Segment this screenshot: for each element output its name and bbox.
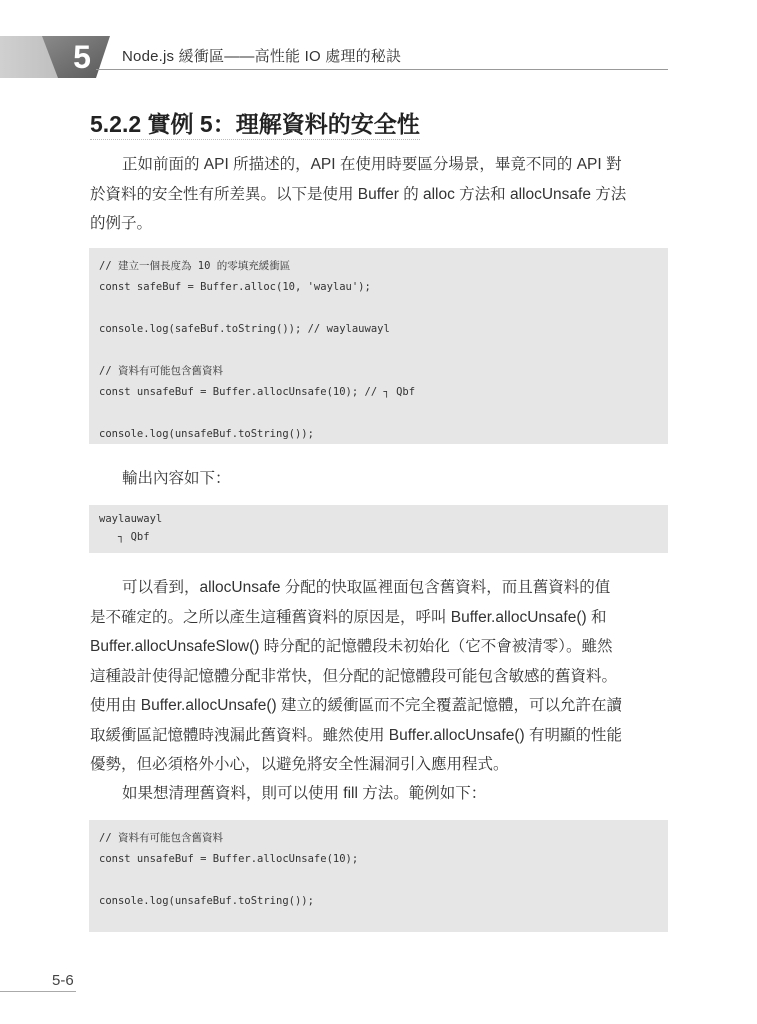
code-line: // 資料有可能包含舊資料 <box>99 828 668 849</box>
chapter-title: Node.js 緩衝區——高性能 IO 處理的秘訣 <box>122 45 401 66</box>
code-line: console.log(unsafeBuf.toString()); <box>99 424 668 445</box>
paragraph-line: 可以看到，allocUnsafe 分配的快取區裡面包含舊資料，而且舊資料的值 <box>90 573 668 603</box>
code-block-alloc-example: // 建立一個長度為 10 的零填充緩衝區 const safeBuf = Bu… <box>89 248 668 444</box>
paragraph-explanation: 可以看到，allocUnsafe 分配的快取區裡面包含舊資料，而且舊資料的值 是… <box>90 573 668 780</box>
code-line: const unsafeBuf = Buffer.allocUnsafe(10)… <box>99 382 668 403</box>
paragraph-line: 輸出內容如下： <box>90 464 668 494</box>
code-line: const unsafeBuf = Buffer.allocUnsafe(10)… <box>99 849 668 870</box>
code-line: // 建立一個長度為 10 的零填充緩衝區 <box>99 256 668 277</box>
paragraph-intro: 正如前面的 API 所描述的，API 在使用時要區分場景，畢竟不同的 API 對… <box>90 150 668 239</box>
code-line <box>99 403 668 424</box>
paragraph-line: 於資料的安全性有所差異。以下是使用 Buffer 的 alloc 方法和 all… <box>90 180 668 210</box>
paragraph-line: 是不確定的。之所以產生這種舊資料的原因是，呼叫 Buffer.allocUnsa… <box>90 603 668 633</box>
code-line: const safeBuf = Buffer.alloc(10, 'waylau… <box>99 277 668 298</box>
header-divider <box>96 69 668 70</box>
paragraph-line: 優勢，但必須格外小心，以避免將安全性漏洞引入應用程式。 <box>90 750 668 780</box>
code-block-fill-example: // 資料有可能包含舊資料 const unsafeBuf = Buffer.a… <box>89 820 668 932</box>
code-line <box>99 870 668 891</box>
paragraph-line: 這種設計使得記憶體分配非常快，但分配的記憶體段可能包含敏感的舊資料。 <box>90 662 668 692</box>
code-line: // 資料有可能包含舊資料 <box>99 361 668 382</box>
code-block-output: waylauwayl ┐ Qbf <box>89 505 668 553</box>
paragraph-line: 的例子。 <box>90 209 668 239</box>
section-title-underline <box>90 139 420 140</box>
footer-divider <box>0 991 76 992</box>
paragraph-line: Buffer.allocUnsafeSlow() 時分配的記憶體段未初始化（它不… <box>90 632 668 662</box>
paragraph-line: 正如前面的 API 所描述的，API 在使用時要區分場景，畢竟不同的 API 對 <box>90 150 668 180</box>
code-line <box>99 340 668 361</box>
paragraph-line: 取緩衝區記憶體時洩漏此舊資料。雖然使用 Buffer.allocUnsafe()… <box>90 721 668 751</box>
code-line: console.log(safeBuf.toString()); // wayl… <box>99 319 668 340</box>
code-line <box>99 298 668 319</box>
chapter-number: 5 <box>62 36 102 78</box>
section-title: 5.2.2 實例 5：理解資料的安全性 <box>90 106 420 139</box>
paragraph-output-label: 輸出內容如下： <box>90 464 668 494</box>
code-line: console.log(unsafeBuf.toString()); <box>99 891 668 912</box>
page-number: 5-6 <box>52 972 74 989</box>
code-line: ┐ Qbf <box>99 528 668 546</box>
paragraph-fill-intro: 如果想清理舊資料，則可以使用 fill 方法。範例如下： <box>90 779 668 809</box>
code-line: waylauwayl <box>99 510 668 528</box>
paragraph-line: 使用由 Buffer.allocUnsafe() 建立的緩衝區而不完全覆蓋記憶體… <box>90 691 668 721</box>
paragraph-line: 如果想清理舊資料，則可以使用 fill 方法。範例如下： <box>90 779 668 809</box>
